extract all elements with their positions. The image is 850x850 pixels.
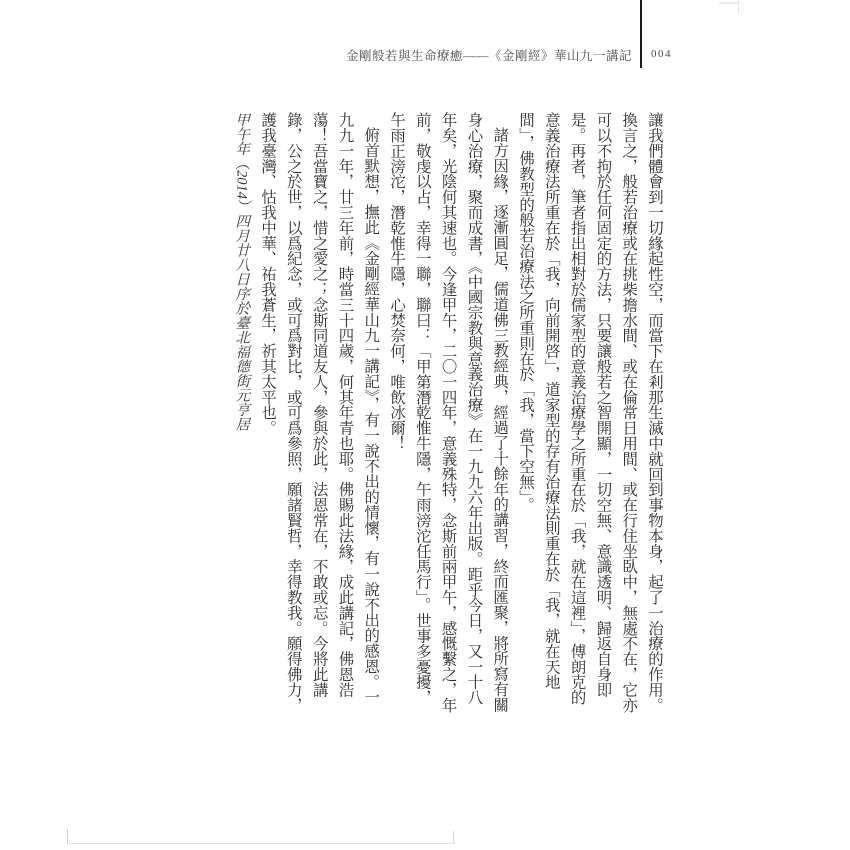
header-divider-rule [640, 0, 642, 68]
body-paragraph: 讓我們體會到一切緣起性空，而當下在剎那生滅中就回到事物本身，起了一治療的作用。換… [512, 112, 667, 716]
running-title: 金剛般若與生命療癒——《金剛經》華山九一講記 [346, 46, 632, 64]
scan-artifact-crop-mark [453, 831, 454, 844]
page-number: 004 [651, 48, 672, 60]
signature-line: 甲午年（2014）四月廿八日序於臺北福德街元亨居 [228, 112, 254, 716]
scan-artifact-bottom-edge [67, 843, 455, 844]
scan-artifact-crop-mark [67, 829, 68, 844]
body-paragraph: 俯首默想，撫此《金剛經華山九一講記》，有一說不出的情懷，有一說不出的感恩。一九九… [254, 112, 383, 716]
scan-artifact-top-mark [719, 2, 739, 4]
scan-artifact-top-mark [738, 0, 739, 14]
body-paragraph: 諸方因緣，逐漸圓足，儒道佛三教經典，經過了十餘年的講習，終而匯聚，將所寫有關身心… [383, 112, 512, 716]
preface-text-block: 讓我們體會到一切緣起性空，而當下在剎那生滅中就回到事物本身，起了一治療的作用。換… [207, 112, 667, 716]
